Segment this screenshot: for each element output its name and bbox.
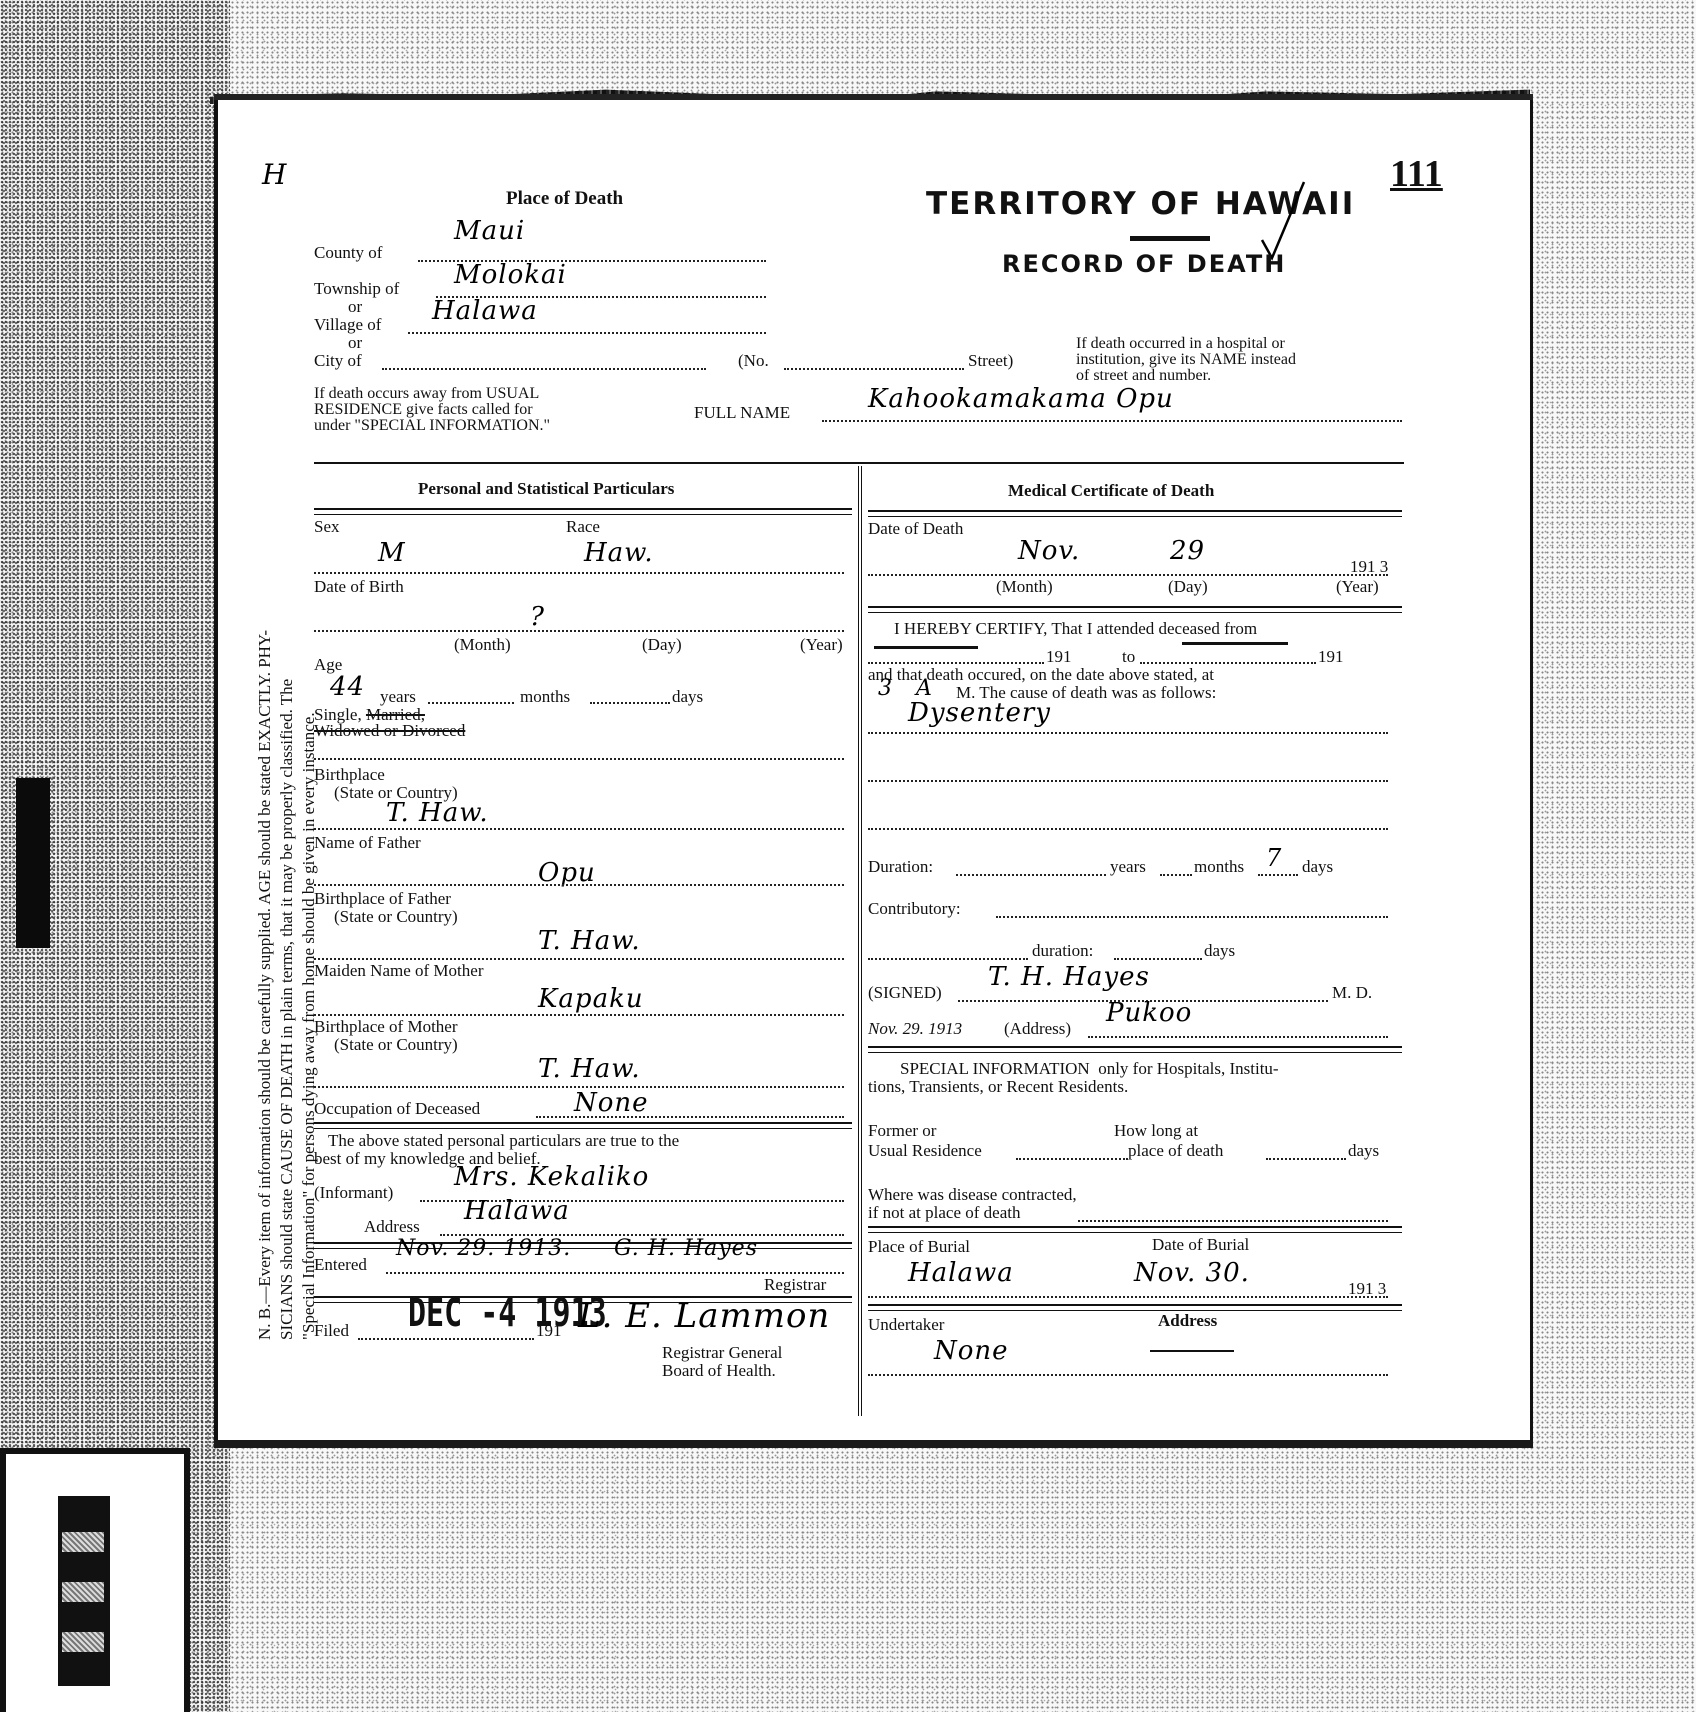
village-value[interactable]: Halawa bbox=[432, 296, 538, 326]
away-note: If death occurs away from USUAL RESIDENC… bbox=[314, 386, 550, 434]
sex-value[interactable]: M bbox=[378, 538, 406, 568]
burial-year-value[interactable]: 191 3 bbox=[1348, 1280, 1386, 1298]
village-label: Village of bbox=[314, 316, 381, 334]
binding-tab bbox=[16, 778, 50, 948]
mother-birthplace-value[interactable]: T. Haw. bbox=[538, 1054, 641, 1084]
hospital-note: If death occurred in a hospital or insti… bbox=[1076, 336, 1296, 384]
margin-note: N. B.—Every item of information should b… bbox=[254, 630, 320, 1340]
county-label: County of bbox=[314, 244, 382, 262]
film-reel-label bbox=[0, 1448, 190, 1712]
city-label: City of bbox=[314, 352, 362, 370]
township-label: Township of bbox=[314, 280, 399, 298]
entered-date-value[interactable]: Nov. 29. 1913. bbox=[396, 1236, 571, 1261]
former-residence-field[interactable] bbox=[1016, 1158, 1128, 1160]
physician-signature[interactable]: T. H. Hayes bbox=[988, 962, 1150, 992]
city-field[interactable] bbox=[382, 368, 706, 370]
personal-heading: Personal and Statistical Particulars bbox=[418, 480, 674, 498]
full-name-value[interactable]: Kahookamakama Opu bbox=[868, 384, 1174, 414]
filed-stamp: DEC -4 1913 bbox=[408, 1291, 607, 1337]
death-day-value[interactable]: 29 bbox=[1170, 536, 1205, 566]
father-birthplace-value[interactable]: T. Haw. bbox=[538, 926, 641, 956]
registrar-general-signature[interactable]: L. E. Lammon bbox=[578, 1296, 830, 1336]
street-number-field[interactable] bbox=[784, 368, 964, 370]
place-of-death-heading: Place of Death bbox=[506, 188, 623, 210]
birthplace-value[interactable]: T. Haw. bbox=[386, 798, 489, 828]
signed-date-value[interactable]: Nov. 29. 1913 bbox=[868, 1020, 962, 1038]
physician-address-value[interactable]: Pukoo bbox=[1106, 998, 1192, 1028]
cause-of-death-value[interactable]: Dysentery bbox=[908, 698, 1051, 728]
race-value[interactable]: Haw. bbox=[584, 538, 654, 568]
informant-address-value[interactable]: Halawa bbox=[464, 1196, 570, 1226]
document-subtitle: RECORD OF DEATH bbox=[1002, 250, 1286, 278]
margin-mark: H bbox=[262, 158, 287, 191]
death-year-value[interactable]: 191 3 bbox=[1350, 558, 1388, 576]
county-value[interactable]: Maui bbox=[454, 216, 525, 246]
full-name-label: FULL NAME bbox=[694, 404, 790, 422]
death-record-form: N. B.—Every item of information should b… bbox=[214, 100, 1533, 1440]
entered-signature[interactable]: G. H. Hayes bbox=[614, 1236, 758, 1261]
township-value[interactable]: Molokai bbox=[454, 260, 567, 290]
occupation-value[interactable]: None bbox=[574, 1088, 649, 1118]
undertaker-value[interactable]: None bbox=[934, 1336, 1009, 1366]
how-long-field[interactable] bbox=[1266, 1158, 1346, 1160]
burial-place-value[interactable]: Halawa bbox=[908, 1258, 1014, 1288]
film-frame bbox=[58, 1496, 110, 1686]
age-value[interactable]: 44 bbox=[330, 672, 365, 702]
special-info-heading: SPECIAL INFORMATION only for Hospitals, … bbox=[868, 1060, 1279, 1096]
informant-value[interactable]: Mrs. Kekaliko bbox=[454, 1162, 649, 1192]
undertaker-address-dash bbox=[1150, 1350, 1234, 1352]
disease-contracted-field[interactable] bbox=[1078, 1220, 1388, 1222]
contributory-field[interactable] bbox=[996, 916, 1388, 918]
medical-heading: Medical Certificate of Death bbox=[1008, 482, 1214, 500]
duration-days-value[interactable]: 7 bbox=[1266, 844, 1282, 872]
column-divider bbox=[858, 466, 862, 1416]
mother-name-value[interactable]: Kapaku bbox=[538, 984, 644, 1014]
record-number: 111 bbox=[1390, 152, 1443, 196]
time-hour-value[interactable]: 3 bbox=[878, 676, 893, 701]
death-month-value[interactable]: Nov. bbox=[1018, 536, 1080, 566]
dob-value[interactable]: ? bbox=[530, 602, 545, 632]
burial-date-value[interactable]: Nov. 30. bbox=[1134, 1258, 1250, 1288]
title-rule bbox=[1130, 236, 1210, 241]
